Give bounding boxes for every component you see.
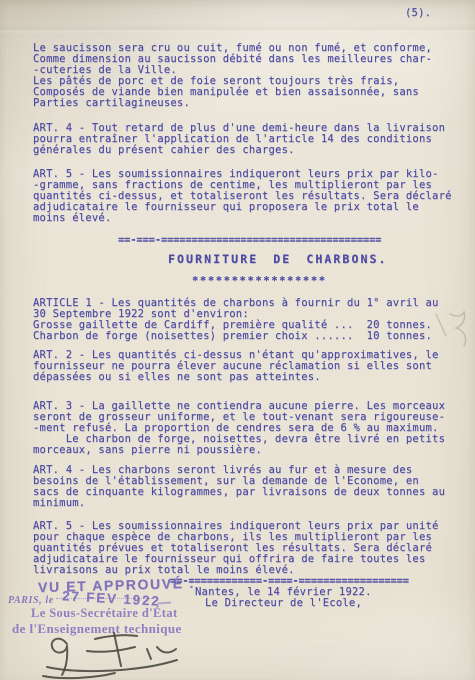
article-4-delivery-paragraph: ART. 4 - Les charbons seront livrés au f… (33, 465, 445, 509)
text-line: Charbon de forge (noisettes) premier cho… (33, 331, 439, 342)
director-line: Le Directeur de l'Ecole, (195, 598, 372, 609)
article-5-unit-paragraph: ART. 5 - Les soumissionnaires indiqueron… (33, 521, 439, 576)
handwritten-signature (35, 626, 185, 680)
article-3-paragraph: ART. 3 - La gaillette ne contiendra aucu… (33, 401, 445, 456)
text-line: sacs de cinquante kilogrammes, par livra… (33, 487, 445, 498)
separator-top: ==-===-=================================… (118, 235, 381, 246)
paris-le-stamp-text: PARIS, le (8, 595, 54, 606)
scanned-document-page: (5). Le saucisson sera cru ou cuit, fumé… (0, 0, 475, 680)
article-1-paragraph: ARTICLE 1 - Les quantités de charbons à … (33, 298, 439, 342)
page-number: (5). (405, 8, 431, 19)
section-stars: ***************** (192, 276, 327, 287)
text-line: dépassées ou si elles ne sont pas attein… (33, 372, 439, 383)
article-2-paragraph: ART. 2 - Les quantités ci-dessus n'étant… (33, 350, 439, 383)
section-title: FOURNITURE DE CHARBONS. (168, 254, 388, 265)
intro-paragraph: Le saucisson sera cru ou cuit, fumé ou n… (33, 43, 432, 109)
text-line: morceaux, sans pierre ni poussière. (33, 445, 445, 456)
text-line: minimum. (33, 498, 445, 509)
undersecretary-title-line1: Le Sous-Secrétaire d'État (31, 606, 178, 621)
text-line: moins élevé. (33, 213, 452, 224)
text-line: Parties cartilagineuses. (33, 98, 432, 109)
article-5-kilo-paragraph: ART. 5 - Les soumissionnaires indiqueron… (33, 169, 452, 224)
text-line: générales du présent cahier des charges. (33, 145, 445, 156)
dateline: Nantes, le 14 février 1922. Le Directeur… (195, 587, 372, 609)
article-4-delay-paragraph: ART. 4 - Tout retard de plus d'une demi-… (33, 123, 445, 156)
pencil-scribble (428, 310, 472, 358)
